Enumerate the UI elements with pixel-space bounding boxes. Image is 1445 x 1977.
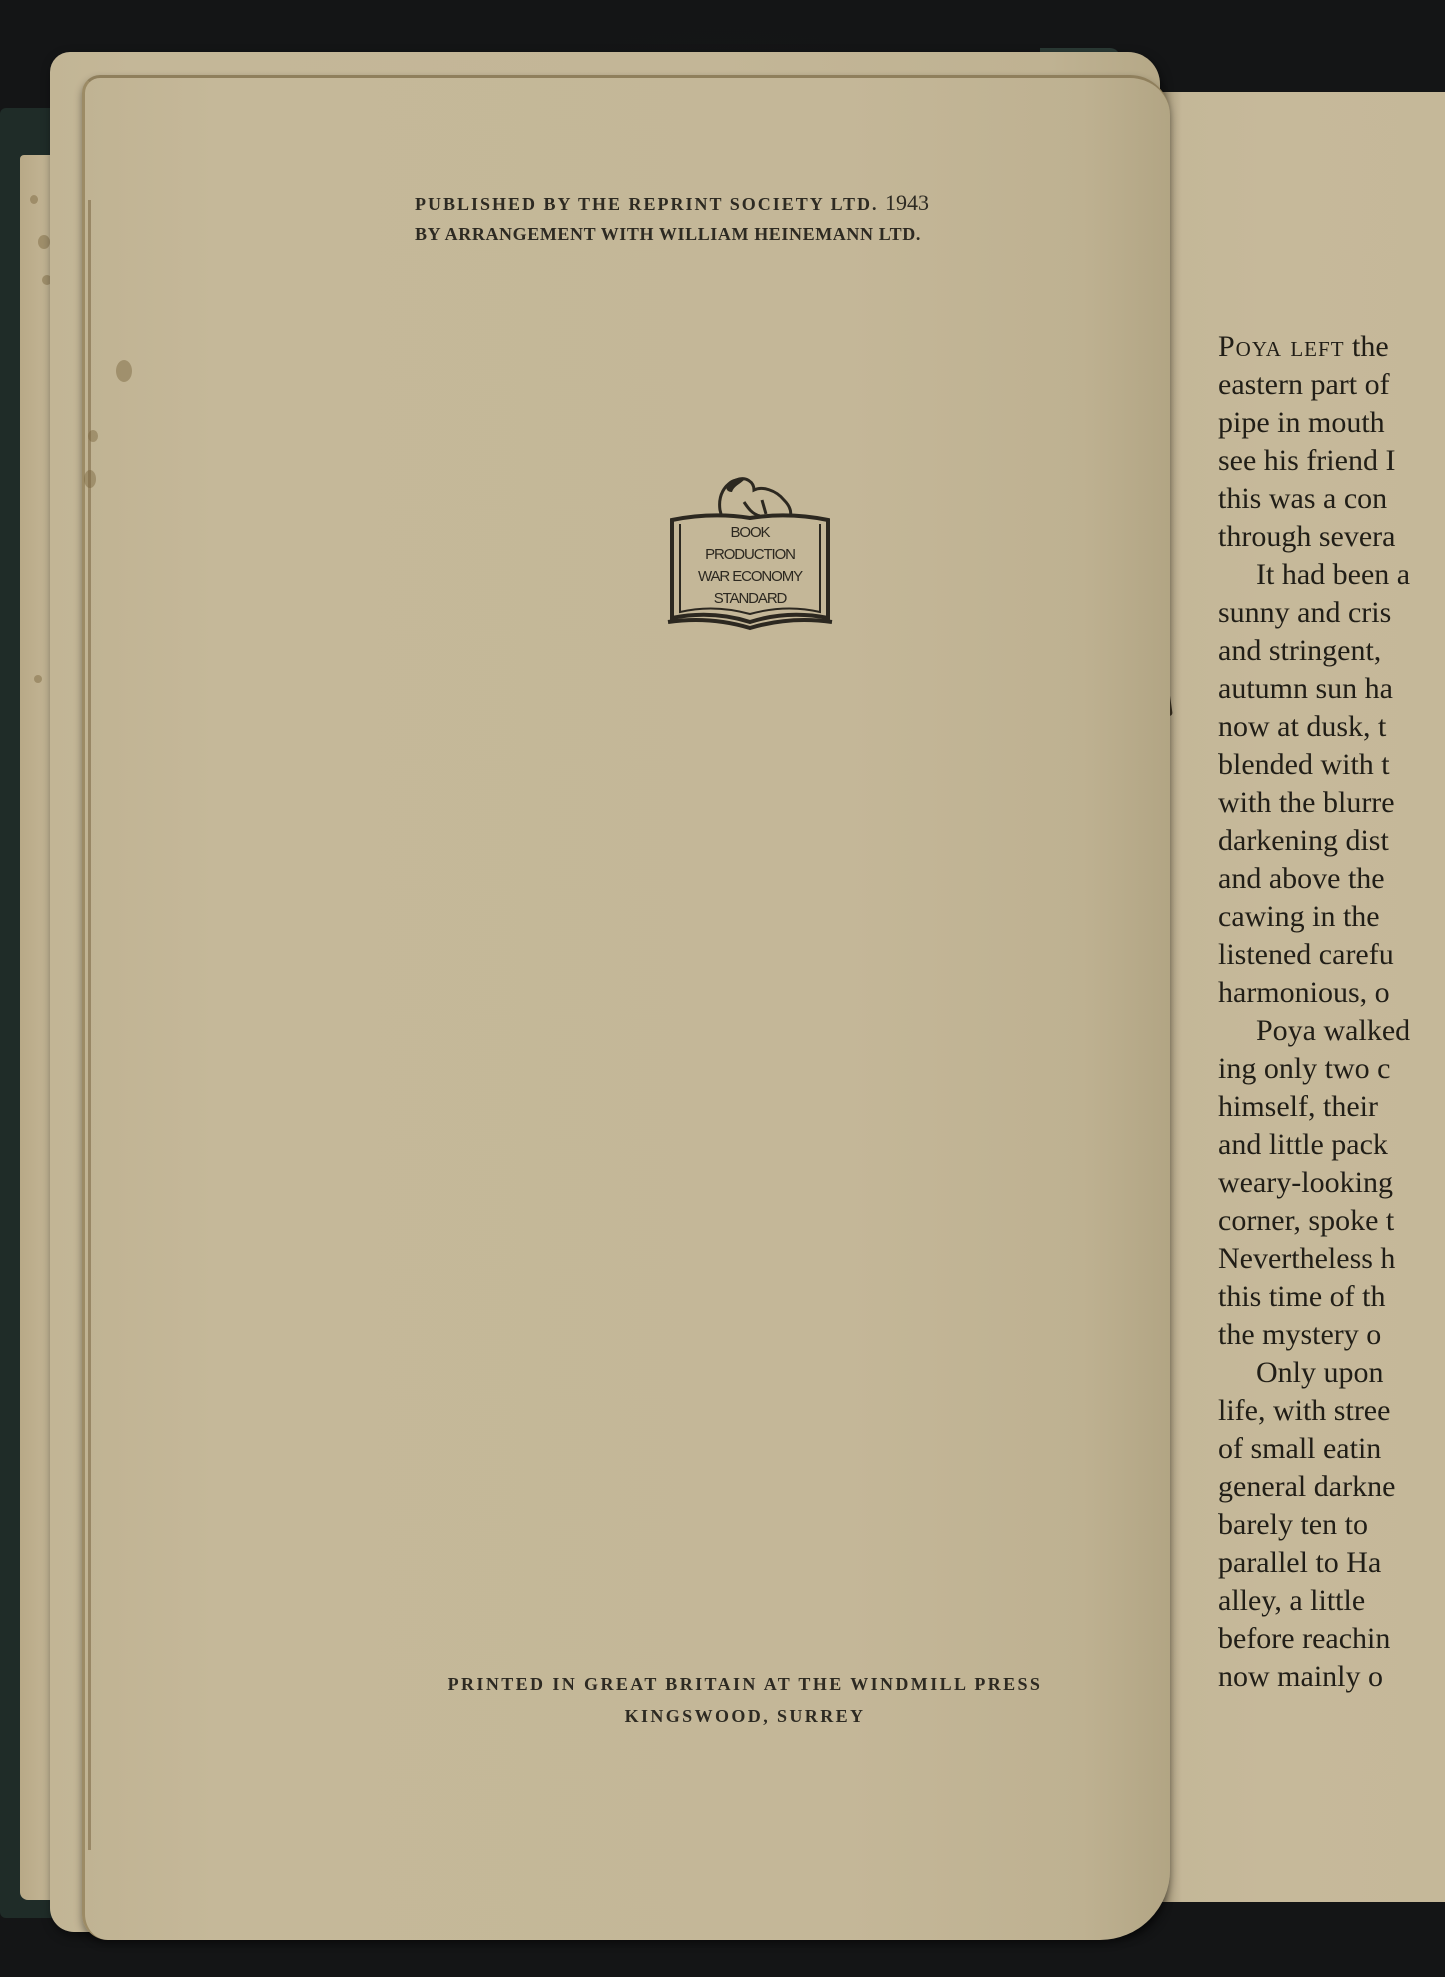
page-edge-stain-line (88, 200, 91, 1850)
emblem-line-war-economy: WAR ECONOMY (692, 566, 808, 588)
text-line: Only upon (1218, 1354, 1445, 1392)
text-line: this time of th (1218, 1278, 1445, 1316)
text-line: parallel to Ha (1218, 1544, 1445, 1582)
emblem-line-production: PRODUCTION (692, 544, 808, 566)
emblem-line-standard: STANDARD (692, 588, 808, 610)
text-line: before reachin (1218, 1620, 1445, 1658)
text-line: sunny and cris (1218, 594, 1445, 632)
text-line: and above the (1218, 860, 1445, 898)
publisher-line: PUBLISHED BY THE REPRINT SOCIETY LTD. (415, 194, 878, 214)
text-line: of small eatin (1218, 1430, 1445, 1468)
text-line: now mainly o (1218, 1658, 1445, 1696)
foxing-stain (116, 360, 132, 382)
text-line: barely ten to (1218, 1506, 1445, 1544)
text-line: Nevertheless h (1218, 1240, 1445, 1278)
text-line: see his friend I (1218, 442, 1445, 480)
book-production-emblem: BOOK PRODUCTION WAR ECONOMY STANDARD (662, 462, 838, 646)
text-line: with the blurre (1218, 784, 1445, 822)
text-fragment: the (1345, 330, 1389, 363)
text-line: It had been a (1218, 556, 1445, 594)
text-line: autumn sun ha (1218, 670, 1445, 708)
left-page (82, 75, 1170, 1940)
foxing-stain (88, 430, 98, 442)
text-line: the mystery o (1218, 1316, 1445, 1354)
text-line: this was a con (1218, 480, 1445, 518)
text-line: corner, spoke t (1218, 1202, 1445, 1240)
chapter-body-text: Poya left the eastern part ofpipe in mou… (1218, 328, 1445, 1696)
text-line: weary-looking (1218, 1164, 1445, 1202)
text-line: general darkne (1218, 1468, 1445, 1506)
text-line: blended with t (1218, 746, 1445, 784)
foxing-stain (30, 195, 38, 204)
text-line: eastern part of (1218, 366, 1445, 404)
text-line: darkening dist (1218, 822, 1445, 860)
emblem-text: BOOK PRODUCTION WAR ECONOMY STANDARD (692, 522, 808, 610)
text-line: and stringent, (1218, 632, 1445, 670)
printer-location: KINGSWOOD, SURREY (390, 1700, 1100, 1732)
printer-line: PRINTED IN GREAT BRITAIN AT THE WINDMILL… (390, 1668, 1100, 1700)
text-line: life, with stree (1218, 1392, 1445, 1430)
imprint-printer: PRINTED IN GREAT BRITAIN AT THE WINDMILL… (390, 1668, 1100, 1732)
text-line: Poya walked (1218, 1012, 1445, 1050)
text-line: through severa (1218, 518, 1445, 556)
arrangement-line: BY ARRANGEMENT WITH WILLIAM HEINEMANN LT… (415, 219, 929, 249)
text-line: pipe in mouth (1218, 404, 1445, 442)
text-line: himself, their (1218, 1088, 1445, 1126)
foxing-stain (38, 235, 50, 249)
text-line: now at dusk, t (1218, 708, 1445, 746)
imprint-publisher: PUBLISHED BY THE REPRINT SOCIETY LTD. 19… (415, 188, 929, 249)
text-line: alley, a little (1218, 1582, 1445, 1620)
text-line: and little pack (1218, 1126, 1445, 1164)
text-line: ing only two c (1218, 1050, 1445, 1088)
text-line: cawing in the (1218, 898, 1445, 936)
foxing-stain (34, 675, 42, 683)
emblem-line-book: BOOK (692, 522, 808, 544)
foxing-stain (84, 470, 96, 488)
opening-smallcaps: Poya left (1218, 330, 1345, 363)
text-line: listened carefu (1218, 936, 1445, 974)
text-line: Poya left the (1218, 328, 1445, 366)
publication-year: 1943 (885, 190, 929, 215)
text-line: harmonious, o (1218, 974, 1445, 1012)
